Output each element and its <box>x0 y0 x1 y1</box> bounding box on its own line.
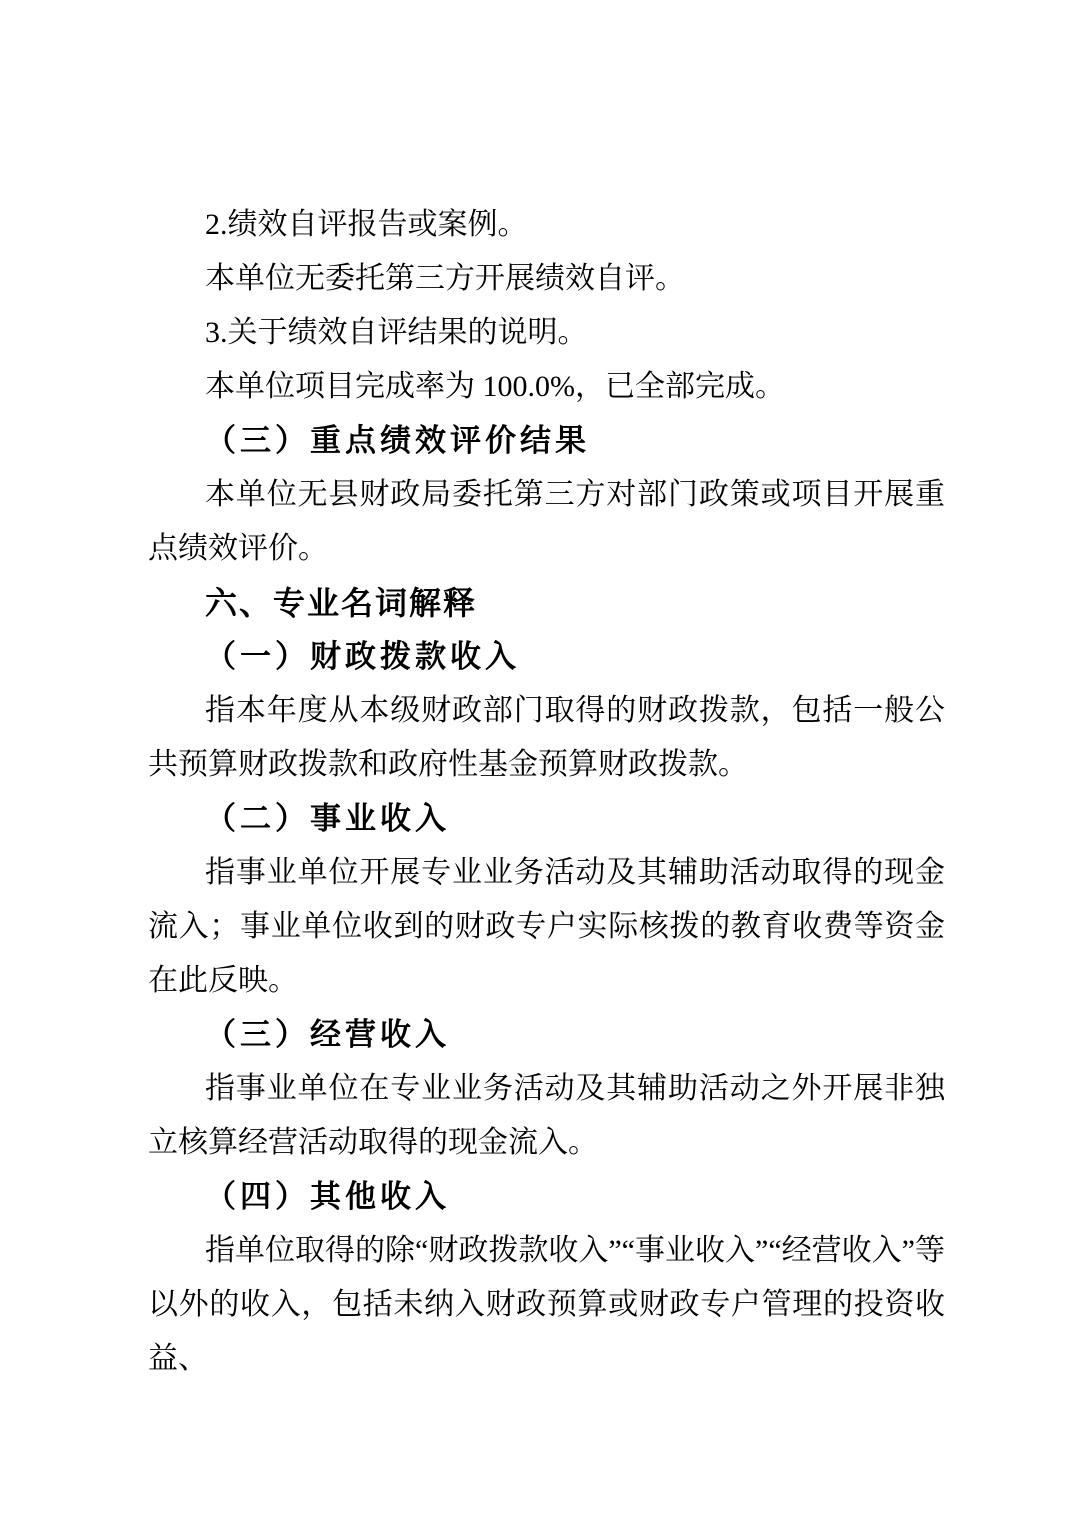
paragraph-operating-income-definition: 指事业单位在专业业务活动及其辅助活动之外开展非独立核算经营活动取得的现金流入。 <box>148 1062 945 1170</box>
document-page: 2.绩效自评报告或案例。 本单位无委托第三方开展绩效自评。 3.关于绩效自评结果… <box>0 0 1075 1521</box>
paragraph-other-income-definition: 指单位取得的除“财政拨款收入”“事业收入”“经营收入”等以外的收入，包括未纳入财… <box>148 1224 945 1386</box>
heading-professional-terms-explanation: 六、专业名词解释 <box>148 576 945 630</box>
subheading-other-income: （四）其他收入 <box>148 1170 945 1224</box>
subheading-key-performance-evaluation-results: （三）重点绩效评价结果 <box>148 414 945 468</box>
paragraph-fiscal-appropriation-income-definition: 指本年度从本级财政部门取得的财政拨款，包括一般公共预算财政拨款和政府性基金预算财… <box>148 684 945 792</box>
paragraph-self-eval-result-note-label: 3.关于绩效自评结果的说明。 <box>148 306 945 360</box>
subheading-fiscal-appropriation-income: （一）财政拨款收入 <box>148 630 945 684</box>
paragraph-no-county-third-party-evaluation: 本单位无县财政局委托第三方对部门政策或项目开展重点绩效评价。 <box>148 468 945 576</box>
paragraph-institutional-income-definition: 指事业单位开展专业业务活动及其辅助活动取得的现金流入；事业单位收到的财政专户实际… <box>148 846 945 1008</box>
subheading-operating-income: （三）经营收入 <box>148 1008 945 1062</box>
paragraph-no-third-party-self-eval: 本单位无委托第三方开展绩效自评。 <box>148 252 945 306</box>
paragraph-self-eval-report-label: 2.绩效自评报告或案例。 <box>148 198 945 252</box>
subheading-institutional-income: （二）事业收入 <box>148 792 945 846</box>
paragraph-project-completion-rate: 本单位项目完成率为 100.0%，已全部完成。 <box>148 360 945 414</box>
